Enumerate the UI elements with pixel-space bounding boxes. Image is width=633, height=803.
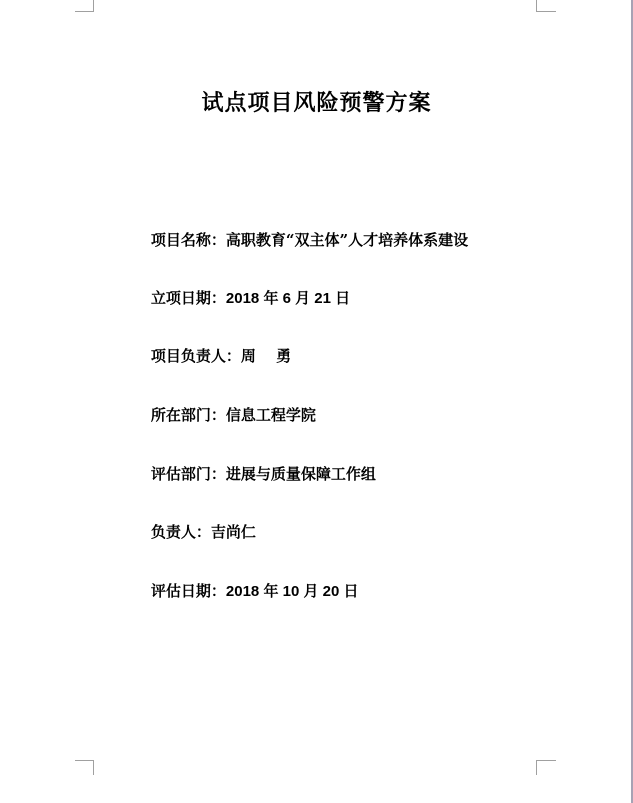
field-start-date: 立项日期：2018 年 6 月 21 日	[130, 268, 350, 329]
field-value: 周 勇	[241, 347, 291, 365]
margin-mark-line	[75, 760, 94, 761]
margin-mark-line	[536, 760, 556, 761]
field-value: 进展与质量保障工作组	[226, 465, 376, 483]
field-label: 评估日期：	[151, 582, 226, 600]
document-title: 试点项目风险预警方案	[0, 88, 633, 118]
field-label: 项目负责人：	[151, 347, 241, 365]
field-value: 2018 年 10 月 20 日	[226, 583, 359, 600]
margin-mark-line	[93, 760, 94, 775]
field-label: 评估部门：	[151, 465, 226, 483]
field-value: 吉尚仁	[211, 523, 256, 541]
margin-mark-line	[536, 11, 556, 12]
field-department: 所在部门：信息工程学院	[130, 385, 316, 445]
field-project-name: 项目名称：高职教育“双主体”人才培养体系建设	[130, 210, 468, 270]
field-person-in-charge: 负责人：吉尚仁	[130, 502, 256, 562]
field-value: 高职教育“双主体”人才培养体系建设	[226, 231, 468, 249]
field-label: 立项日期：	[151, 289, 226, 307]
field-evaluation-department: 评估部门：进展与质量保障工作组	[130, 444, 376, 504]
field-value: 信息工程学院	[226, 406, 316, 424]
field-label: 项目名称：	[151, 231, 226, 249]
field-project-leader: 项目负责人：周 勇	[130, 326, 291, 386]
margin-mark-line	[536, 760, 537, 775]
field-label: 负责人：	[151, 523, 211, 541]
field-value: 2018 年 6 月 21 日	[226, 290, 350, 307]
margin-mark-line	[75, 11, 94, 12]
field-evaluation-date: 评估日期：2018 年 10 月 20 日	[130, 561, 358, 622]
field-label: 所在部门：	[151, 406, 226, 424]
